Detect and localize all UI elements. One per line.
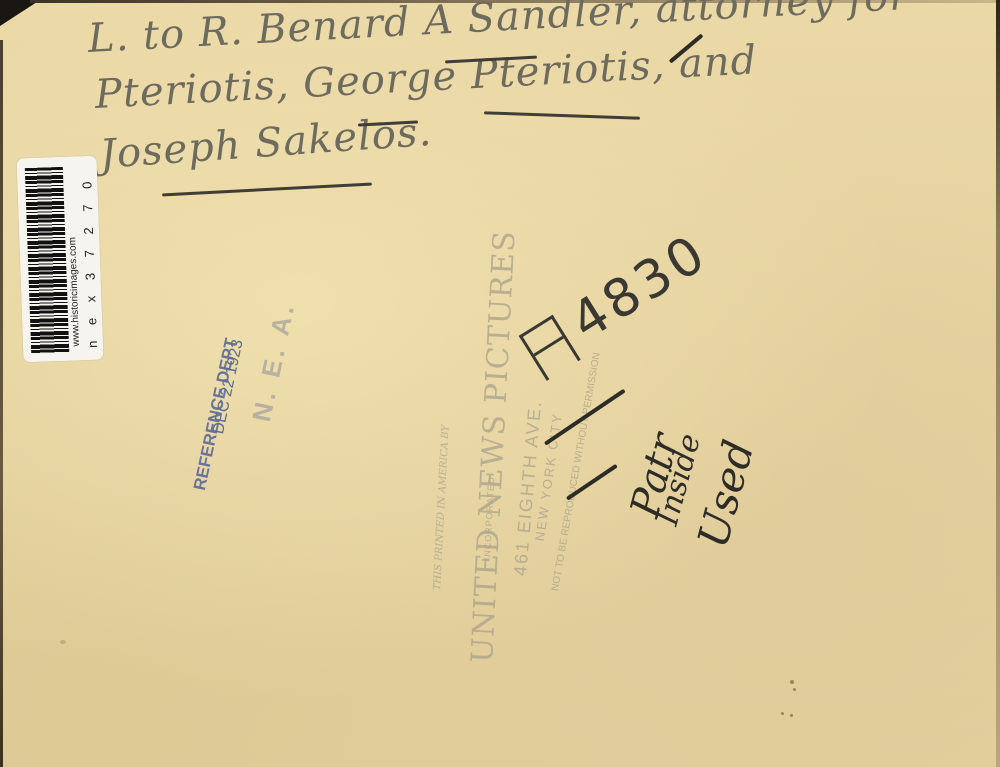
torn-corner: [0, 0, 40, 26]
barcode-site: www.historicimages.com: [67, 237, 82, 347]
foxing-spot: [790, 714, 793, 717]
barcode-code: n e x 3 7 2 7 0: [79, 175, 100, 348]
paper-edge-left: [0, 40, 3, 767]
foxing-spot: [793, 688, 796, 691]
foxing-spot: [781, 712, 784, 715]
paper-edge-right: [996, 0, 1000, 767]
foxing-spot: [60, 640, 66, 644]
foxing-spot: [790, 680, 794, 684]
barcode-sticker: www.historicimages.com n e x 3 7 2 7 0: [16, 156, 103, 363]
barcode-icon: [25, 167, 69, 354]
